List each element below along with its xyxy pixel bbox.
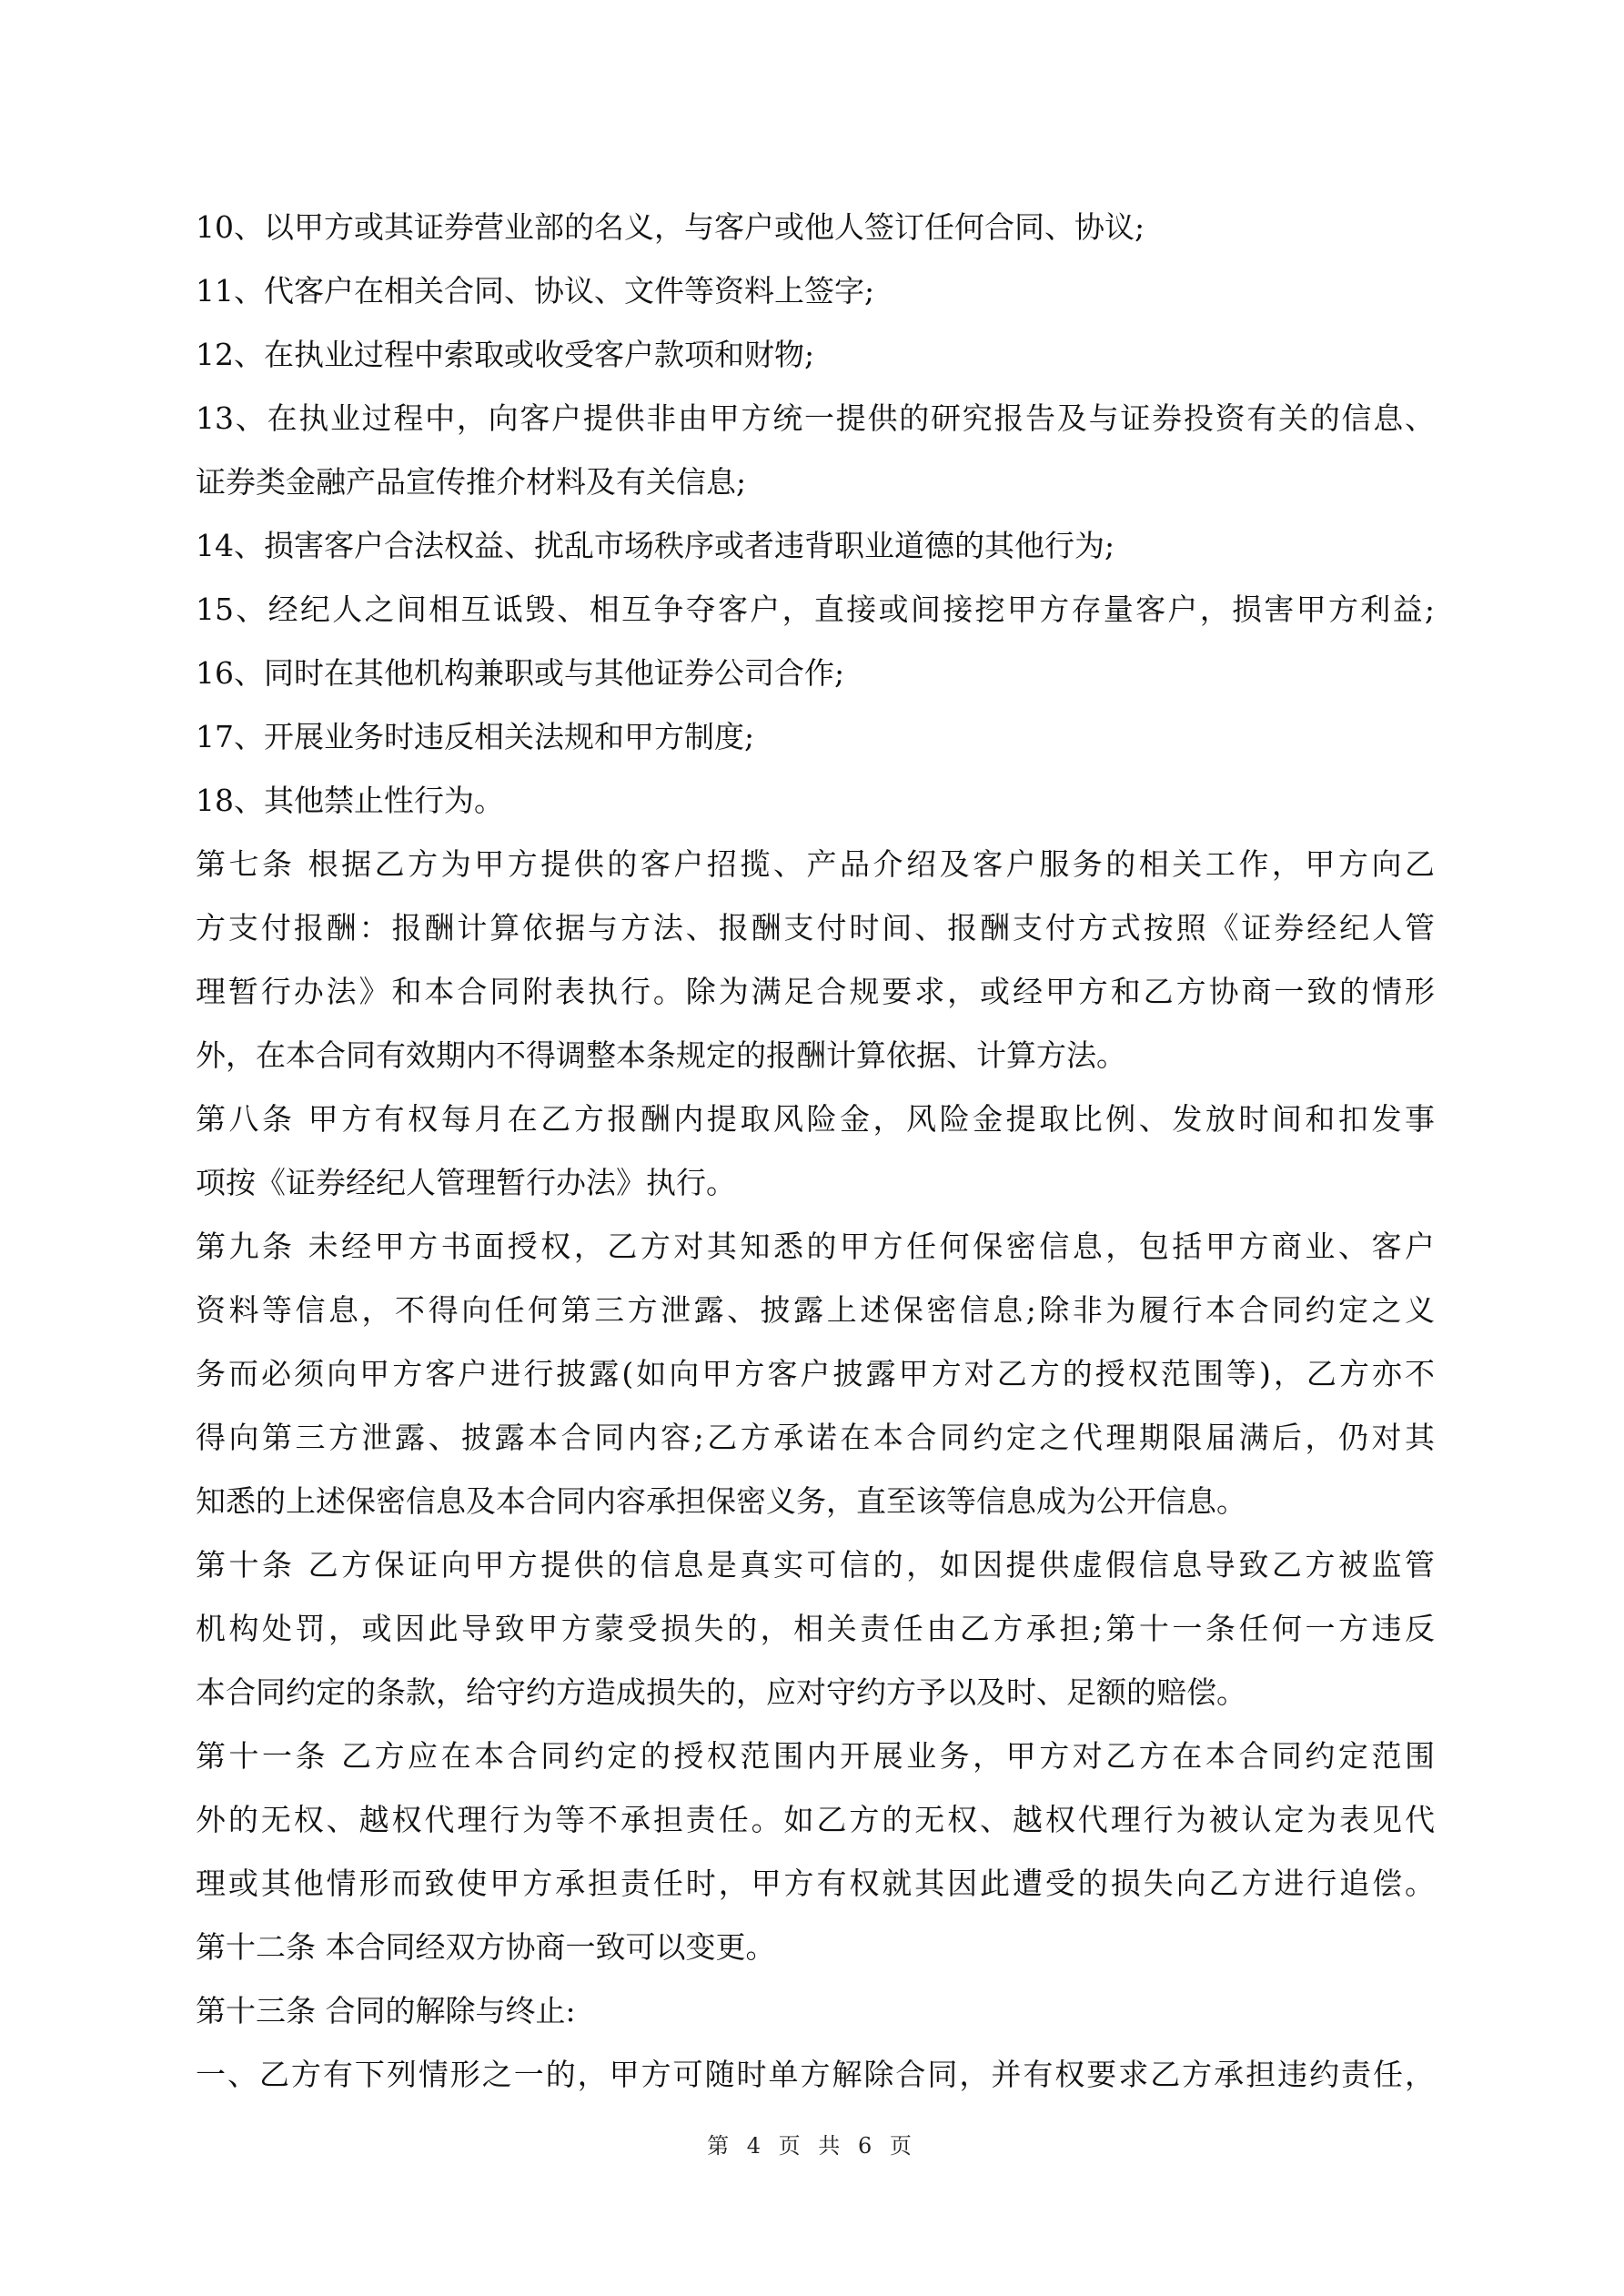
text-line: 第九条 未经甲方书面授权，乙方对其知悉的甲方任何保密信息，包括甲方商业、客户 (196, 1215, 1435, 1279)
text-line: 证券类金融产品宣传推介材料及有关信息; (196, 450, 1435, 514)
text-line: 项按《证券经纪人管理暂行办法》执行。 (196, 1151, 1435, 1215)
document-body: 10、以甲方或其证券营业部的名义，与客户或他人签订任何合同、协议;11、代客户在… (196, 196, 1435, 2107)
text-line: 务而必须向甲方客户进行披露(如向甲方客户披露甲方对乙方的授权范围等)，乙方亦不 (196, 1342, 1435, 1406)
text-line: 第十一条 乙方应在本合同约定的授权范围内开展业务，甲方对乙方在本合同约定范围 (196, 1725, 1435, 1788)
text-line: 第八条 甲方有权每月在乙方报酬内提取风险金，风险金提取比例、发放时间和扣发事 (196, 1087, 1435, 1151)
text-line: 机构处罚，或因此导致甲方蒙受损失的，相关责任由乙方承担;第十一条任何一方违反 (196, 1597, 1435, 1661)
text-line: 14、损害客户合法权益、扰乱市场秩序或者违背职业道德的其他行为; (196, 514, 1435, 578)
text-line: 18、其他禁止性行为。 (196, 769, 1435, 833)
text-line: 第七条 根据乙方为甲方提供的客户招揽、产品介绍及客户服务的相关工作，甲方向乙 (196, 833, 1435, 896)
text-line: 得向第三方泄露、披露本合同内容;乙方承诺在本合同约定之代理期限届满后，仍对其 (196, 1406, 1435, 1470)
text-line: 理或其他情形而致使甲方承担责任时，甲方有权就其因此遭受的损失向乙方进行追偿。 (196, 1852, 1435, 1916)
text-line: 13、在执业过程中，向客户提供非由甲方统一提供的研究报告及与证券投资有关的信息、 (196, 387, 1435, 450)
text-line: 10、以甲方或其证券营业部的名义，与客户或他人签订任何合同、协议; (196, 196, 1435, 259)
text-line: 知悉的上述保密信息及本合同内容承担保密义务，直至该等信息成为公开信息。 (196, 1470, 1435, 1533)
page-footer: 第 4 页 共 6 页 (0, 2129, 1624, 2162)
text-line: 16、同时在其他机构兼职或与其他证券公司合作; (196, 642, 1435, 705)
text-line: 11、代客户在相关合同、协议、文件等资料上签字; (196, 259, 1435, 323)
text-line: 一、乙方有下列情形之一的，甲方可随时单方解除合同，并有权要求乙方承担违约责任， (196, 2043, 1435, 2107)
text-line: 第十三条 合同的解除与终止: (196, 1979, 1435, 2043)
text-line: 资料等信息，不得向任何第三方泄露、披露上述保密信息;除非为履行本合同约定之义 (196, 1279, 1435, 1342)
text-line: 第十条 乙方保证向甲方提供的信息是真实可信的，如因提供虚假信息导致乙方被监管 (196, 1533, 1435, 1597)
document-page: 10、以甲方或其证券营业部的名义，与客户或他人签订任何合同、协议;11、代客户在… (0, 0, 1624, 2296)
text-line: 12、在执业过程中索取或收受客户款项和财物; (196, 323, 1435, 387)
text-line: 本合同约定的条款，给守约方造成损失的，应对守约方予以及时、足额的赔偿。 (196, 1661, 1435, 1725)
text-line: 17、开展业务时违反相关法规和甲方制度; (196, 705, 1435, 769)
text-line: 15、经纪人之间相互诋毁、相互争夺客户，直接或间接挖甲方存量客户，损害甲方利益; (196, 578, 1435, 642)
text-line: 方支付报酬：报酬计算依据与方法、报酬支付时间、报酬支付方式按照《证券经纪人管 (196, 896, 1435, 960)
text-line: 理暂行办法》和本合同附表执行。除为满足合规要求，或经甲方和乙方协商一致的情形 (196, 960, 1435, 1024)
text-line: 外，在本合同有效期内不得调整本条规定的报酬计算依据、计算方法。 (196, 1024, 1435, 1087)
text-line: 外的无权、越权代理行为等不承担责任。如乙方的无权、越权代理行为被认定为表见代 (196, 1788, 1435, 1852)
text-line: 第十二条 本合同经双方协商一致可以变更。 (196, 1916, 1435, 1979)
